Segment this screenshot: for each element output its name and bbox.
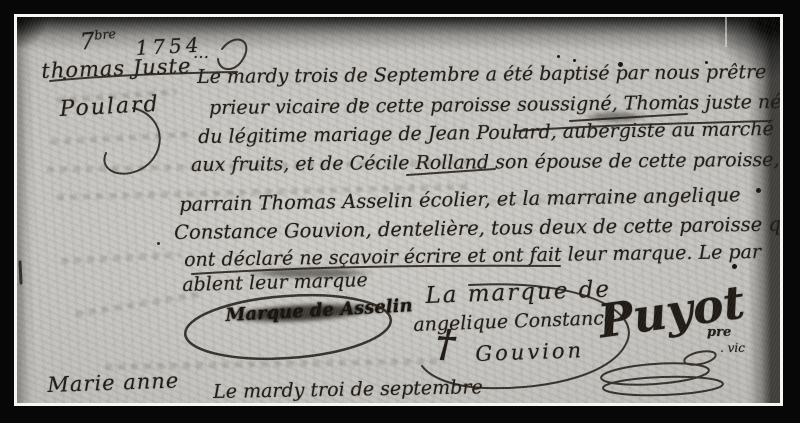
record-line-8: ablent leur marque	[182, 269, 368, 296]
godmother-cross-mark: †	[435, 320, 457, 366]
bleedthrough-stroke	[61, 252, 181, 264]
godmother-mark-name: Gouvion	[475, 338, 584, 366]
margin-date-month: 7bre	[79, 26, 117, 56]
priest-signature-superscript: pre	[707, 325, 731, 340]
record-line-7: ont déclaré ne sçavoir écrire et ont fai…	[184, 241, 761, 271]
signature-flourish-2	[603, 375, 724, 397]
record-line-3: du légitime mariage de Jean Poulard, aub…	[198, 118, 774, 148]
godmother-mark-line1: La marque de	[425, 277, 611, 309]
framed-register-scan: 7bre 1754 … thomas Juste Poulard Le mard…	[0, 0, 800, 423]
record-line-2: prieur vicaire de cette paroisse soussig…	[209, 90, 783, 119]
record-line-1: Le mardy trois de Septembre a été baptis…	[197, 61, 766, 88]
priest-signature-suffix: . vic	[720, 341, 745, 355]
bleedthrough-stroke	[51, 131, 191, 144]
record-line-4: aux fruits, et de Cécile Rolland son épo…	[191, 149, 783, 176]
scan-artifact-line	[725, 17, 727, 47]
next-record-first-line-partial: Le mardy troi de septembre	[213, 376, 483, 403]
month-suffix: bre	[94, 26, 117, 43]
scanned-register-page: 7bre 1754 … thomas Juste Poulard Le mard…	[14, 14, 783, 406]
margin-child-name-line1: thomas Juste	[41, 54, 192, 83]
margin-next-child-name: Marie anne	[47, 368, 180, 397]
left-edge-mark	[20, 262, 21, 283]
signature-flourish-3	[683, 349, 717, 367]
record-line-6: Constance Gouvion, dentelière, tous deux…	[174, 212, 783, 244]
margin-child-name-line2: Poulard	[59, 92, 160, 122]
ink-specks	[17, 17, 20, 20]
signature-flourish-1	[600, 360, 709, 387]
margin-date-dots: …	[193, 43, 209, 62]
